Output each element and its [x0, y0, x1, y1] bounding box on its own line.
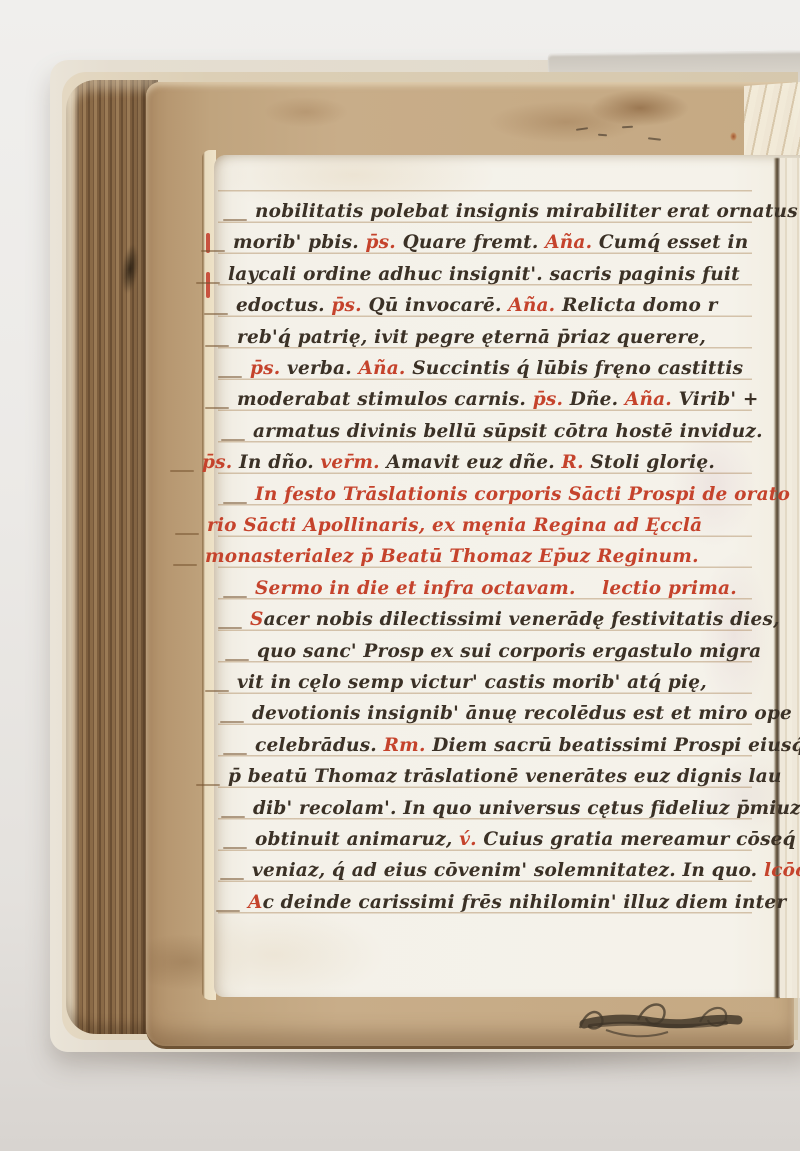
red-edge-mark: [206, 272, 210, 298]
top-right-page-edges: [744, 82, 800, 162]
fore-edge-strip: [780, 158, 800, 998]
rust-stain-dot: [730, 132, 737, 141]
crossed-out-inscription: [576, 996, 748, 1042]
red-edge-mark: [206, 233, 210, 253]
pen-trial-mark: [622, 126, 633, 129]
page-ruling-lines: [218, 160, 752, 920]
page-stack-edges: [66, 80, 158, 1034]
pen-trial-mark: [598, 134, 607, 137]
pen-trial-mark: [648, 137, 661, 140]
pen-trial-mark: [576, 127, 588, 131]
